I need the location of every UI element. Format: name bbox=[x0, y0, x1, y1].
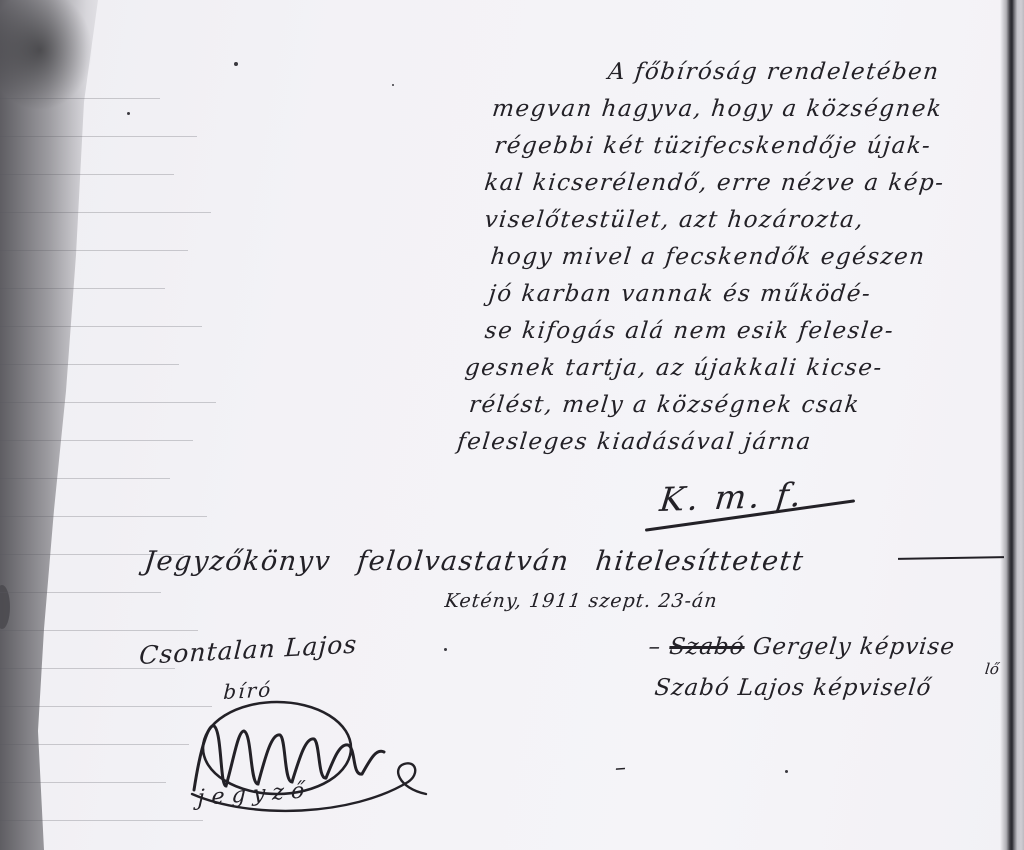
date-line: Ketény, 1911 szept. 23-án bbox=[444, 590, 719, 612]
stray-dash-mark: – bbox=[614, 755, 627, 781]
handwritten-line: jó karban vannak és működé- bbox=[471, 276, 999, 313]
ruled-line bbox=[0, 174, 174, 175]
ruled-line bbox=[0, 136, 197, 137]
paper-speck bbox=[785, 770, 788, 773]
handwritten-line: gesnek tartja, az újakkali kicse- bbox=[463, 350, 991, 387]
handwritten-line: felesleges kiadásával járna bbox=[455, 424, 983, 461]
ruled-line bbox=[0, 478, 170, 479]
scanned-document-page: A főbíróság rendeletében megvan hagyva, … bbox=[0, 0, 1024, 850]
attestation-text: Jegyzőkönyv felolvastatván bbox=[143, 546, 571, 577]
dash-mark: – bbox=[647, 634, 671, 660]
paper-speck bbox=[127, 112, 130, 115]
ruled-line bbox=[0, 516, 207, 517]
scan-shadow-corner bbox=[0, 0, 110, 130]
inserted-syllable: lő bbox=[984, 660, 1000, 678]
ruled-line bbox=[0, 250, 188, 251]
ruled-line bbox=[0, 592, 161, 593]
ruled-line bbox=[0, 326, 202, 327]
handwritten-line: se kifogás alá nem esik felesle- bbox=[467, 313, 995, 350]
handwritten-line: A főbíróság rendeletében bbox=[494, 54, 1022, 91]
attestation-text-tail: hitelesíttetett bbox=[594, 546, 806, 577]
handwritten-line: hogy mivel a fecskendők egészen bbox=[475, 239, 1003, 276]
ruled-line bbox=[0, 440, 193, 441]
handwritten-line: régebbi két tüzifecskendője újak- bbox=[486, 128, 1014, 165]
ruled-line bbox=[0, 630, 198, 631]
ruled-line bbox=[0, 288, 165, 289]
signature-name-judge: Csontalan Lajos bbox=[138, 630, 358, 670]
paper-speck bbox=[392, 84, 394, 86]
kmf-abbreviation: K. m. f. bbox=[658, 475, 806, 519]
handwritten-line: megvan hagyva, hogy a községnek bbox=[490, 91, 1018, 128]
paper-speck bbox=[234, 62, 238, 66]
ruled-line bbox=[0, 364, 179, 365]
councilor-signature-2: Szabó Lajos képviselő bbox=[653, 675, 933, 701]
ruled-line bbox=[0, 744, 189, 745]
ruled-line bbox=[0, 402, 216, 403]
struck-name: Szabó bbox=[668, 634, 746, 660]
handwritten-paragraph: A főbíróság rendeletében megvan hagyva, … bbox=[455, 54, 1022, 461]
ruled-line bbox=[0, 212, 211, 213]
handwritten-line: kal kicserélendő, erre nézve a kép- bbox=[482, 165, 1010, 202]
ruled-line bbox=[0, 98, 160, 99]
councilor1-name-rest: Gergely képvise bbox=[743, 634, 956, 660]
handwritten-line: viselőtestület, azt hozározta, bbox=[479, 202, 1007, 239]
handwritten-line: rélést, mely a községnek csak bbox=[459, 387, 987, 424]
attestation-line: Jegyzőkönyv felolvastatván hitelesíttete… bbox=[143, 546, 806, 577]
ruled-line bbox=[0, 782, 166, 783]
councilor-signature-1: – Szabó Gergely képvise bbox=[647, 634, 956, 660]
paper-speck bbox=[444, 648, 447, 651]
ruled-line bbox=[0, 820, 203, 821]
t-crossbar-stroke bbox=[898, 556, 1004, 560]
